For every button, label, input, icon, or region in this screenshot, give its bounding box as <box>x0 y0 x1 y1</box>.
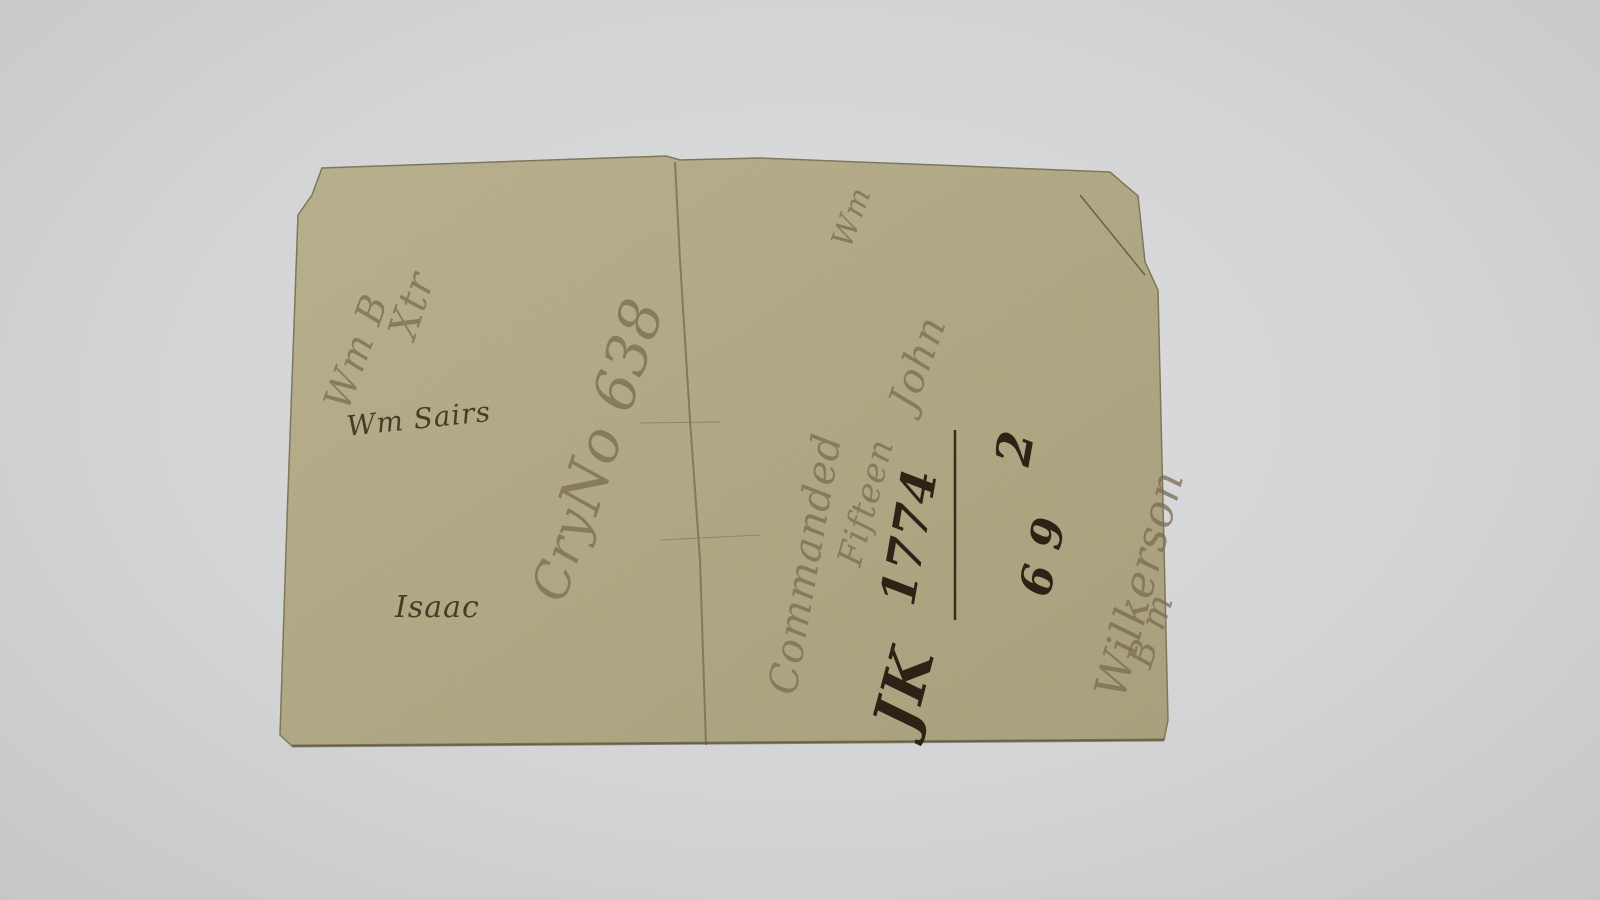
paper-shape <box>0 0 1600 900</box>
paper-note: Wm B Xtr Wm Sairs Isaac No 638 Cry Comma… <box>0 0 1600 900</box>
signature-isaac: Isaac <box>395 590 480 625</box>
